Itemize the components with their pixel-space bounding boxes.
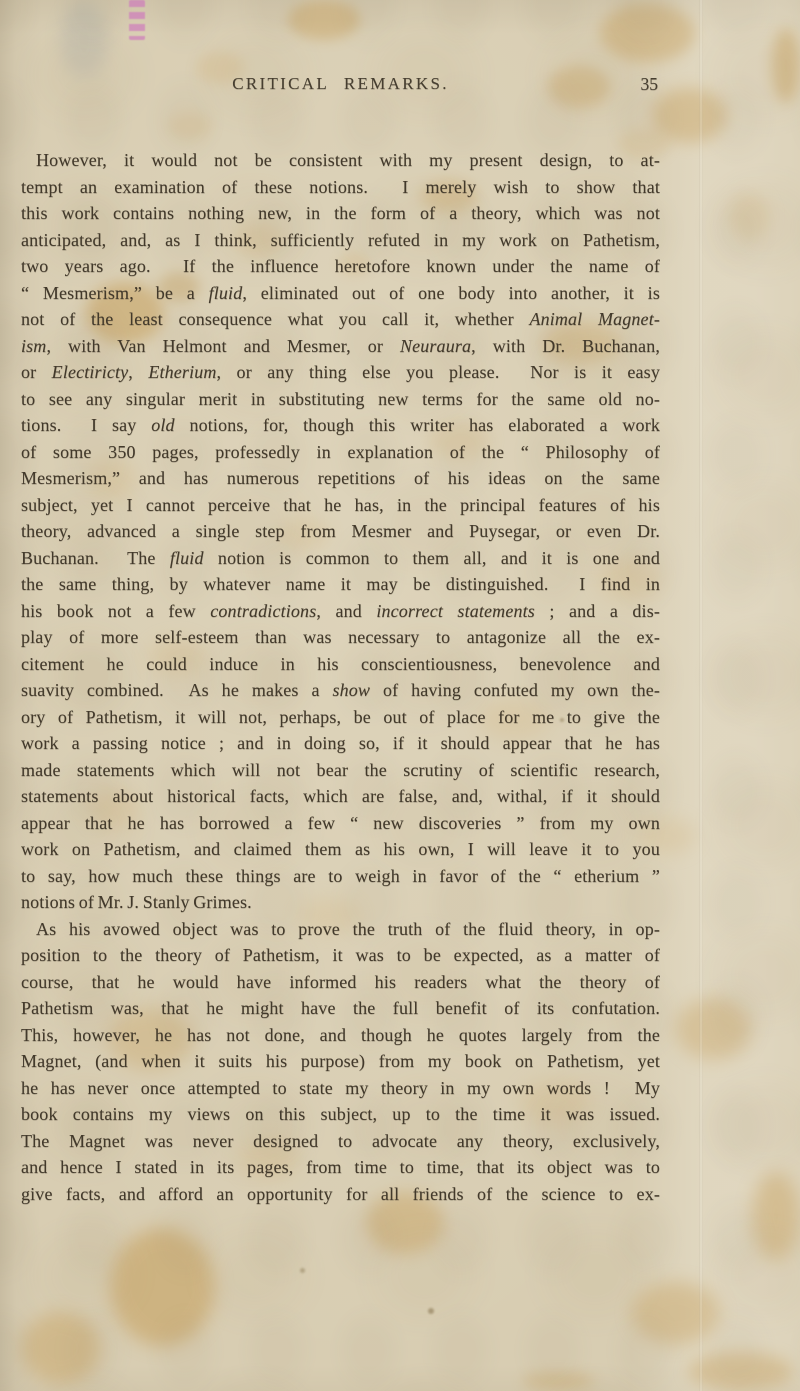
text-segment: show	[332, 680, 370, 700]
text-segment: Magnet, (and when it suits his purpose) …	[21, 1051, 660, 1071]
text-segment: Neuraura	[400, 336, 471, 356]
foxing-stain	[728, 192, 770, 240]
text-segment: The Magnet was never designed to advocat…	[21, 1131, 660, 1151]
page-header: CRITICAL REMARKS. 35	[21, 74, 660, 98]
text-segment: of having confuted my own the-	[370, 680, 660, 700]
text-line: he has never once attempted to state my …	[21, 1075, 660, 1102]
text-line: of some 350 pages, professedly in explan…	[21, 439, 660, 466]
text-line: his book not a few contradictions, and i…	[21, 598, 660, 625]
foxing-stain	[752, 1172, 800, 1260]
text-segment: citement he could induce in his conscien…	[21, 654, 660, 674]
text-line: citement he could induce in his conscien…	[21, 651, 660, 678]
text-segment: , with Van Helmont and Mesmer, or	[46, 336, 399, 356]
text-segment: fluid	[170, 548, 204, 568]
text-line: play of more self-esteem than was necess…	[21, 624, 660, 651]
text-segment: , or any thing else you please. Nor is i…	[217, 362, 660, 382]
page-body: However, it would not be consistent with…	[21, 147, 660, 1207]
text-segment: notion is common to them all, and it is …	[204, 548, 660, 568]
pink-registration-mark	[129, 0, 145, 40]
text-segment: , with Dr. Buchanan,	[471, 336, 660, 356]
paragraph: However, it would not be consistent with…	[21, 147, 660, 916]
text-segment: or	[21, 362, 52, 382]
text-line: However, it would not be consistent with…	[21, 147, 660, 174]
text-line: course, that he would have informed his …	[21, 969, 660, 996]
paragraph: As his avowed object was to prove the tr…	[21, 916, 660, 1208]
page-crease	[699, 0, 703, 1391]
text-segment: “ Mesmerism,” be a	[21, 283, 209, 303]
text-segment: , eliminated out of one body into anothe…	[242, 283, 660, 303]
text-line: Buchanan. The fluid notion is common to …	[21, 545, 660, 572]
text-segment: ism	[21, 336, 46, 356]
text-segment: appear that he has borrowed a few “ new …	[21, 813, 660, 833]
text-segment: Etherium	[148, 362, 216, 382]
text-segment: to see any singular merit in substitutin…	[21, 389, 660, 409]
text-segment: anticipated, and, as I think, sufficient…	[21, 230, 660, 250]
text-segment: Pathetism was, that he might have the fu…	[21, 998, 660, 1018]
text-segment: ,	[128, 362, 148, 382]
text-line: appear that he has borrowed a few “ new …	[21, 810, 660, 837]
text-line: work on Pathetism, and claimed them as h…	[21, 836, 660, 863]
text-line: work a passing notice ; and in doing so,…	[21, 730, 660, 757]
text-line: and hence I stated in its pages, from ti…	[21, 1154, 660, 1181]
text-line: to say, how much these things are to wei…	[21, 863, 660, 890]
text-segment: position to the theory of Pathetism, it …	[21, 945, 660, 965]
foxing-stain	[60, 0, 108, 78]
foxing-stain	[772, 28, 800, 103]
text-line: theory, advanced a single step from Mesm…	[21, 518, 660, 545]
text-segment: of some 350 pages, professedly in explan…	[21, 442, 660, 462]
text-segment: , and	[316, 601, 376, 621]
text-segment: work a passing notice ; and in doing so,…	[21, 733, 660, 753]
text-segment: work on Pathetism, and claimed them as h…	[21, 839, 660, 859]
text-segment: Animal Magnet-	[529, 309, 660, 329]
text-line: the same thing, by whatever name it may …	[21, 571, 660, 598]
text-segment: made statements which will not bear the …	[21, 760, 660, 780]
book-page: CRITICAL REMARKS. 35 However, it would n…	[0, 0, 800, 1391]
text-segment: tions. I say	[21, 415, 151, 435]
foxing-stain	[600, 4, 695, 62]
foxing-stain	[676, 998, 751, 1060]
foxing-stain	[168, 112, 212, 140]
text-segment: play of more self-esteem than was necess…	[21, 627, 660, 647]
text-line: give facts, and afford an opportunity fo…	[21, 1181, 660, 1208]
text-segment: theory, advanced a single step from Mesm…	[21, 521, 660, 541]
text-segment: Electiricty	[52, 362, 129, 382]
text-line: anticipated, and, as I think, sufficient…	[21, 227, 660, 254]
text-line: tempt an examination of these notions. I…	[21, 174, 660, 201]
text-line: Magnet, (and when it suits his purpose) …	[21, 1048, 660, 1075]
text-line: ism, with Van Helmont and Mesmer, or Neu…	[21, 333, 660, 360]
foxing-stain	[22, 1312, 100, 1384]
text-line: Mesmerism,” and has numerous repetitions…	[21, 465, 660, 492]
text-line: to see any singular merit in substitutin…	[21, 386, 660, 413]
text-line: notions of Mr. J. Stanly Grimes.	[21, 889, 660, 916]
foxing-stain	[652, 88, 727, 143]
text-segment: ; and a dis-	[535, 601, 660, 621]
text-segment: statements about historical facts, which…	[21, 786, 660, 806]
text-line: book contains my views on this subject, …	[21, 1101, 660, 1128]
text-segment: his book not a few	[21, 601, 210, 621]
text-segment: two years ago. If the influence heretofo…	[21, 256, 660, 276]
foxing-stain	[522, 1372, 594, 1391]
text-segment: subject, yet I cannot perceive that he h…	[21, 495, 660, 515]
text-line: this work contains nothing new, in the f…	[21, 200, 660, 227]
text-segment: As his avowed object was to prove the tr…	[36, 919, 660, 939]
text-line: As his avowed object was to prove the tr…	[21, 916, 660, 943]
text-segment: However, it would not be consistent with…	[36, 150, 660, 170]
text-segment: book contains my views on this subject, …	[21, 1104, 660, 1124]
text-segment: give facts, and afford an opportunity fo…	[21, 1184, 660, 1204]
text-line: not of the least consequence what you ca…	[21, 306, 660, 333]
foxing-stain	[688, 1352, 793, 1391]
text-line: made statements which will not bear the …	[21, 757, 660, 784]
foxing-stain	[300, 1268, 305, 1273]
foxing-stain	[632, 1282, 720, 1344]
foxing-stain	[428, 1308, 434, 1314]
text-segment: not of the least consequence what you ca…	[21, 309, 529, 329]
text-segment: old	[151, 415, 174, 435]
text-line: position to the theory of Pathetism, it …	[21, 942, 660, 969]
text-segment: notions, for, though this writer has ela…	[175, 415, 660, 435]
text-segment: Mesmerism,” and has numerous repetitions…	[21, 468, 660, 488]
text-line: or Electiricty, Etherium, or any thing e…	[21, 359, 660, 386]
text-line: statements about historical facts, which…	[21, 783, 660, 810]
text-line: Pathetism was, that he might have the fu…	[21, 995, 660, 1022]
text-segment: this work contains nothing new, in the f…	[21, 203, 660, 223]
text-line: The Magnet was never designed to advocat…	[21, 1128, 660, 1155]
text-segment: This, however, he has not done, and thou…	[21, 1025, 660, 1045]
text-line: two years ago. If the influence heretofo…	[21, 253, 660, 280]
text-segment: Buchanan. The	[21, 548, 170, 568]
page-number: 35	[641, 74, 659, 95]
text-segment: to say, how much these things are to wei…	[21, 866, 660, 886]
text-line: This, however, he has not done, and thou…	[21, 1022, 660, 1049]
text-segment: notions of Mr. J. Stanly Grimes.	[21, 892, 252, 912]
text-segment: course, that he would have informed his …	[21, 972, 660, 992]
text-line: suavity combined. As he makes a show of …	[21, 677, 660, 704]
text-segment: the same thing, by whatever name it may …	[21, 574, 660, 594]
text-line: subject, yet I cannot perceive that he h…	[21, 492, 660, 519]
text-segment: and hence I stated in its pages, from ti…	[21, 1157, 660, 1177]
foxing-stain	[110, 1228, 215, 1346]
text-line: ory of Pathetism, it will not, perhaps, …	[21, 704, 660, 731]
text-line: “ Mesmerism,” be a fluid, eliminated out…	[21, 280, 660, 307]
text-line: tions. I say old notions, for, though th…	[21, 412, 660, 439]
text-segment: ory of Pathetism, it will not, perhaps, …	[21, 707, 660, 727]
text-segment: tempt an examination of these notions. I…	[21, 177, 660, 197]
text-segment: fluid	[209, 283, 243, 303]
text-segment: contradictions	[210, 601, 316, 621]
text-segment: suavity combined. As he makes a	[21, 680, 332, 700]
text-segment: he has never once attempted to state my …	[21, 1078, 660, 1098]
running-title: CRITICAL REMARKS.	[21, 74, 660, 94]
text-segment: incorrect statements	[376, 601, 535, 621]
foxing-stain	[288, 0, 360, 40]
